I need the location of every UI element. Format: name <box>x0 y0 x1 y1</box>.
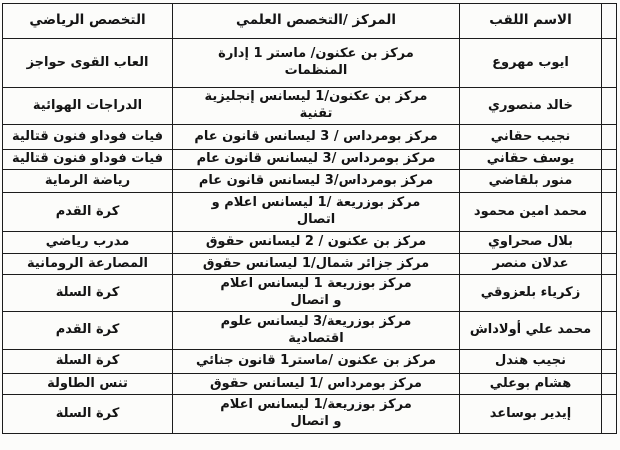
cell-sport-specialty: الدراجات الهوائية <box>3 88 173 125</box>
cell-rownum <box>602 395 617 434</box>
cell-name: ايوب مهروع <box>460 39 602 88</box>
cell-center-specialty: مركز بومرداس /3 ليسانس قانون عام <box>173 150 460 170</box>
cell-sport-specialty: المصارعة الرومانية <box>3 254 173 275</box>
cell-sport-specialty: تنس الطاولة <box>3 374 173 395</box>
header-sport-specialty: التخصص الرياضي <box>3 4 173 39</box>
cell-sport-specialty: فيات فوداو فنون قتالية <box>3 150 173 170</box>
cell-rownum <box>602 193 617 232</box>
header-rownum <box>602 4 617 39</box>
cell-center-specialty: مركز بومرداس / 3 ليسانس قانون عام <box>173 125 460 150</box>
cell-center-specialty: مركز بومرداس /1 ليسانس حقوق <box>173 374 460 395</box>
cell-center-specialty: مركز بوزريعة /1 ليسانس اعلام و اتصال <box>173 193 460 232</box>
cell-sport-specialty: رياضة الرماية <box>3 170 173 193</box>
cell-rownum <box>602 88 617 125</box>
cell-name: منور بلقاضي <box>460 170 602 193</box>
header-row: الاسم اللقب المركز /التخصص العلمي التخصص… <box>3 4 617 39</box>
cell-name: يوسف حقاني <box>460 150 602 170</box>
table-row: نجيب هندل مركز بن عكنون /ماستر1 قانون جن… <box>3 350 617 374</box>
table-row: منور بلقاضي مركز بومرداس/3 ليسانس قانون … <box>3 170 617 193</box>
cell-name: خالد منصوري <box>460 88 602 125</box>
cell-center-specialty: مركز بوزريعة/3 ليسانس علوم اقتصادية <box>173 312 460 350</box>
scanned-document-page: الاسم اللقب المركز /التخصص العلمي التخصص… <box>0 0 620 450</box>
cell-center-specialty: مركز بن عكنون /ماستر1 قانون جنائي <box>173 350 460 374</box>
table-row: إيدير بوساعد مركز بوزريعة/1 ليسانس اعلام… <box>3 395 617 434</box>
table-row: بلال صحراوي مركز بن عكنون / 2 ليسانس حقو… <box>3 232 617 254</box>
cell-name: إيدير بوساعد <box>460 395 602 434</box>
cell-sport-specialty: كرة السلة <box>3 275 173 312</box>
table-row: ايوب مهروع مركز بن عكنون/ ماستر 1 إدارة … <box>3 39 617 88</box>
cell-sport-specialty: كرة السلة <box>3 395 173 434</box>
cell-center-specialty: مركز بن عكنون/ ماستر 1 إدارة المنظمات <box>173 39 460 88</box>
cell-rownum <box>602 350 617 374</box>
cell-rownum <box>602 39 617 88</box>
cell-center-specialty: مركز بومرداس/3 ليسانس قانون عام <box>173 170 460 193</box>
cell-name: محمد امين محمود <box>460 193 602 232</box>
cell-name: عدلان منصر <box>460 254 602 275</box>
cell-rownum <box>602 232 617 254</box>
table-row: نجيب حقاني مركز بومرداس / 3 ليسانس قانون… <box>3 125 617 150</box>
cell-center-specialty: مركز جزائر شمال/1 ليسانس حقوق <box>173 254 460 275</box>
cell-rownum <box>602 170 617 193</box>
header-center-specialty: المركز /التخصص العلمي <box>173 4 460 39</box>
cell-rownum <box>602 374 617 395</box>
cell-center-specialty: مركز بن عكنون/1 ليسانس إنجليزية تقنية <box>173 88 460 125</box>
table-row: زكرياء بلعزوقي مركز بوزريعة 1 ليسانس اعل… <box>3 275 617 312</box>
cell-sport-specialty: فيات فوداو فنون قتالية <box>3 125 173 150</box>
cell-rownum <box>602 254 617 275</box>
cell-sport-specialty: كرة السلة <box>3 350 173 374</box>
table-row: خالد منصوري مركز بن عكنون/1 ليسانس إنجلي… <box>3 88 617 125</box>
cell-rownum <box>602 312 617 350</box>
table-row: محمد علي أولاداش مركز بوزريعة/3 ليسانس ع… <box>3 312 617 350</box>
cell-sport-specialty: كرة القدم <box>3 312 173 350</box>
cell-name: زكرياء بلعزوقي <box>460 275 602 312</box>
cell-name: بلال صحراوي <box>460 232 602 254</box>
cell-name: نجيب هندل <box>460 350 602 374</box>
cell-sport-specialty: كرة القدم <box>3 193 173 232</box>
table-row: محمد امين محمود مركز بوزريعة /1 ليسانس ا… <box>3 193 617 232</box>
cell-rownum <box>602 150 617 170</box>
cell-center-specialty: مركز بوزريعة/1 ليسانس اعلام و اتصال <box>173 395 460 434</box>
cell-rownum <box>602 125 617 150</box>
table-row: عدلان منصر مركز جزائر شمال/1 ليسانس حقوق… <box>3 254 617 275</box>
cell-sport-specialty: العاب القوى حواجز <box>3 39 173 88</box>
cell-name: نجيب حقاني <box>460 125 602 150</box>
table-row: هشام بوعلي مركز بومرداس /1 ليسانس حقوق ت… <box>3 374 617 395</box>
table-row: يوسف حقاني مركز بومرداس /3 ليسانس قانون … <box>3 150 617 170</box>
cell-name: محمد علي أولاداش <box>460 312 602 350</box>
cell-sport-specialty: مدرب رياضي <box>3 232 173 254</box>
table-body: ايوب مهروع مركز بن عكنون/ ماستر 1 إدارة … <box>3 39 617 434</box>
cell-name: هشام بوعلي <box>460 374 602 395</box>
cell-rownum <box>602 275 617 312</box>
header-name: الاسم اللقب <box>460 4 602 39</box>
athletes-table: الاسم اللقب المركز /التخصص العلمي التخصص… <box>2 3 617 434</box>
cell-center-specialty: مركز بن عكنون / 2 ليسانس حقوق <box>173 232 460 254</box>
cell-center-specialty: مركز بوزريعة 1 ليسانس اعلام و اتصال <box>173 275 460 312</box>
